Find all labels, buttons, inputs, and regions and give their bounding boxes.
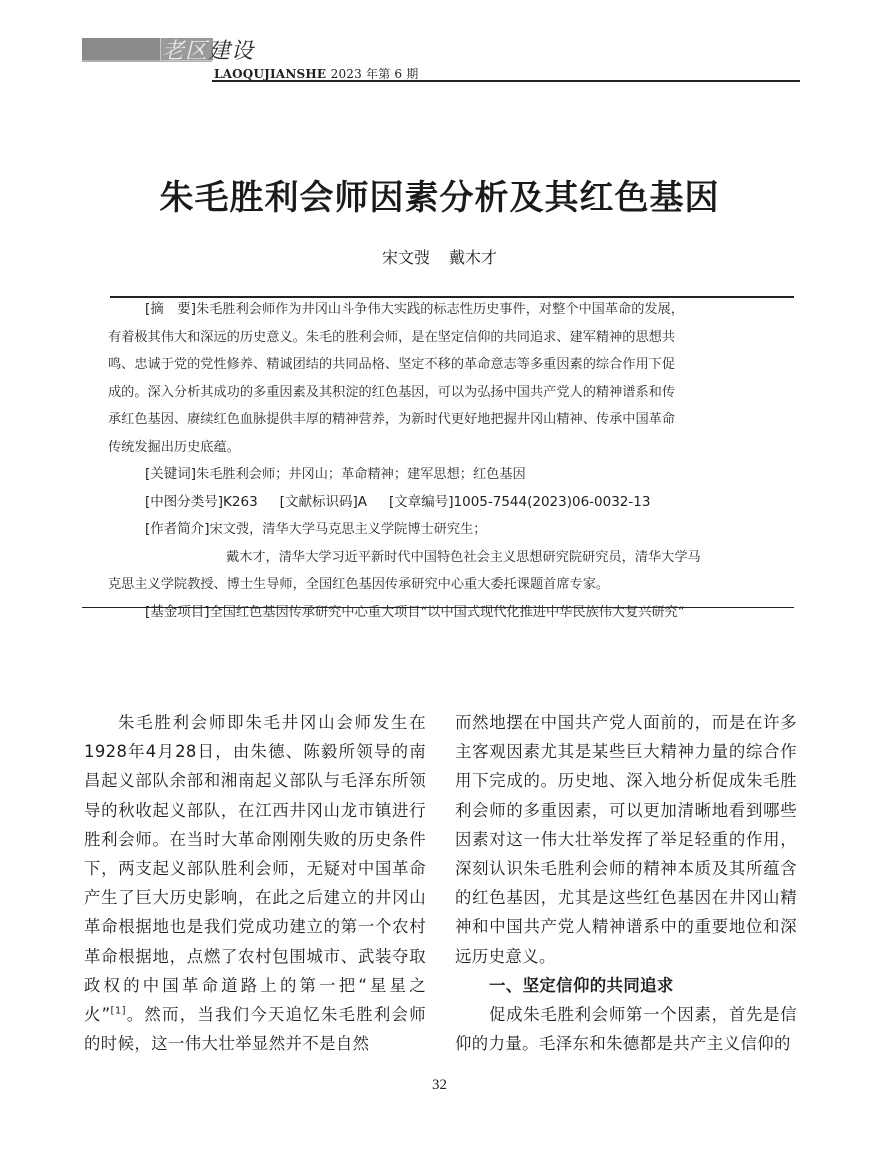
author-name: 戴木才 [449, 248, 497, 267]
keywords: 朱毛胜利会师；井冈山；革命精神；建军思想；红色基因 [196, 467, 526, 482]
doc-code-label: [文献标识码] [280, 494, 358, 510]
author-name: 宋文弢 [382, 248, 430, 267]
author-info-line: [作者简介]宋文弢，清华大学马克思主义学院博士研究生； [118, 516, 794, 544]
abstract-line: 成的。深入分析其成功的多重因素及其积淀的红色基因，可以为弘扬中国共产党人的精神谱… [108, 379, 794, 407]
fund-label: [基金项目] [145, 604, 210, 620]
journal-logo-light: 老区 [162, 39, 208, 64]
doc-code-value: A [358, 494, 367, 510]
abstract-line: 有着极其伟大和深远的历史意义。朱毛的胜利会师，是在坚定信仰的共同追求、建军精神的… [108, 324, 794, 352]
keywords-label: [关键词] [145, 466, 196, 482]
abstract-label: [摘 要] [145, 301, 196, 317]
article-no-label: [文章编号] [389, 494, 454, 510]
section-heading: 一、坚定信仰的共同追求 [455, 971, 797, 1000]
abstract-line: [摘 要]朱毛胜利会师作为井冈山斗争伟大实践的标志性历史事件，对整个中国革命的发… [118, 296, 794, 324]
journal-logo-dark: 建设 [208, 39, 254, 64]
classification-line: [中图分类号]K263[文献标识码]A[文章编号]1005-7544(2023)… [118, 489, 794, 517]
author-info-line: 戴木才，清华大学习近平新时代中国特色社会主义思想研究院研究员，清华大学马 [118, 544, 794, 572]
article-title: 朱毛胜利会师因素分析及其红色基因 [0, 170, 879, 219]
body-paragraph: 促成朱毛胜利会师第一个因素，首先是信仰的力量。毛泽东和朱德都是共产主义信仰的 [455, 1000, 797, 1058]
article-no-value: 1005-7544(2023)06-0032-13 [454, 494, 651, 510]
journal-logo: 老区建设 [162, 34, 254, 65]
body-paragraph: 朱毛胜利会师即朱毛井冈山会师发生在1928年4月28日，由朱德、陈毅所领导的南昌… [84, 708, 426, 1058]
clc-value: K263 [223, 494, 258, 510]
author-info-1: 宋文弢，清华大学马克思主义学院博士研究生； [210, 522, 487, 537]
keywords-line: [关键词]朱毛胜利会师；井冈山；革命精神；建军思想；红色基因 [118, 461, 794, 489]
body-left-column: 朱毛胜利会师即朱毛井冈山会师发生在1928年4月28日，由朱德、陈毅所领导的南昌… [84, 708, 426, 1058]
abstract-block: [摘 要]朱毛胜利会师作为井冈山斗争伟大实践的标志性历史事件，对整个中国革命的发… [118, 296, 794, 626]
clc-label: [中图分类号] [145, 494, 223, 510]
fund-line: [基金项目]全国红色基因传承研究中心重大项目“以中国式现代化推进中华民族伟大复兴… [118, 599, 794, 627]
abstract-line: 鸣、忠诚于党的党性修养、精诚团结的共同品格、坚定不移的革命意志等多重因素的综合作… [108, 351, 794, 379]
abstract-line: 承红色基因、赓续红色血脉提供丰厚的精神营养，为新时代更好地把握井冈山精神、传承中… [108, 406, 794, 434]
journal-issue: 2023 年第 6 期 [331, 67, 419, 81]
body-right-column: 而然地摆在中国共产党人面前的，而是在许多主客观因素尤其是某些巨大精神力量的综合作… [455, 708, 797, 1058]
body-paragraph: 而然地摆在中国共产党人面前的，而是在许多主客观因素尤其是某些巨大精神力量的综合作… [455, 708, 797, 971]
page-number: 32 [0, 1077, 879, 1094]
abstract-line: 传统发掘出历史底蕴。 [108, 434, 794, 462]
author-info-line: 克思主义学院教授、博士生导师，全国红色基因传承研究中心重大委托课题首席专家。 [108, 571, 794, 599]
citation-ref[interactable]: [1] [111, 1006, 126, 1017]
header-rule [212, 80, 800, 82]
abstract-bottom-rule [82, 607, 794, 608]
author-info-label: [作者简介] [145, 521, 210, 537]
article-authors: 宋文弢 戴木才 [0, 245, 879, 268]
journal-code: LAOQUJIANSHE [214, 67, 326, 81]
